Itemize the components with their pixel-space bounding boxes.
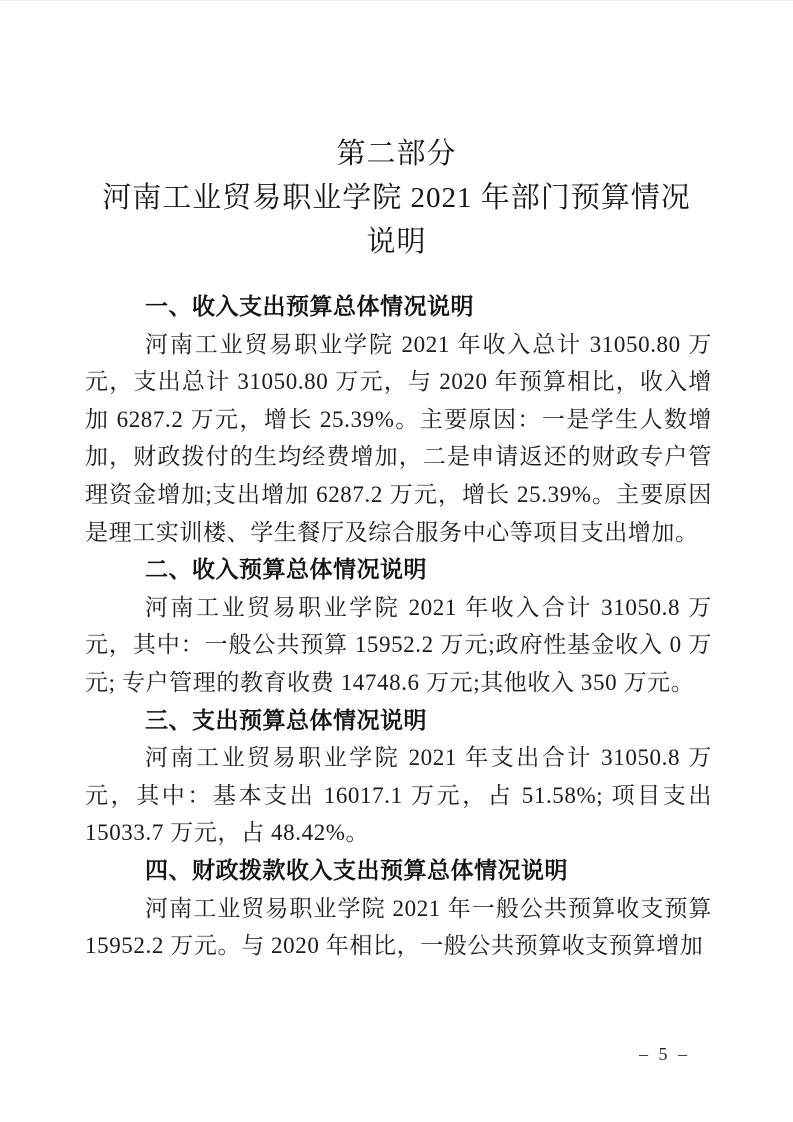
section-3-paragraph: 河南工业贸易职业学院 2021 年支出合计 31050.8 万元，其中：基本支出… — [85, 739, 712, 852]
section-2-paragraph: 河南工业贸易职业学院 2021 年收入合计 31050.8 万元，其中：一般公共… — [85, 589, 712, 702]
document-title: 第二部分 河南工业贸易职业学院 2021 年部门预算情况 说明 — [40, 132, 753, 264]
section-4-paragraph: 河南工业贸易职业学院 2021 年一般公共预算收支预算 15952.2 万元。与… — [85, 890, 712, 965]
section-1-heading: 一、收入支出预算总体情况说明 — [85, 288, 712, 326]
section-4-heading: 四、财政拨款收入支出预算总体情况说明 — [85, 852, 712, 890]
section-1-paragraph: 河南工业贸易职业学院 2021 年收入总计 31050.80 万元，支出总计 3… — [85, 326, 712, 552]
title-line-1: 第二部分 — [40, 132, 753, 176]
title-line-3: 说明 — [40, 220, 753, 264]
section-3-heading: 三、支出预算总体情况说明 — [85, 702, 712, 740]
section-2-heading: 二、收入预算总体情况说明 — [85, 551, 712, 589]
page-number: – 5 – — [639, 1044, 690, 1065]
title-line-2: 河南工业贸易职业学院 2021 年部门预算情况 — [40, 176, 753, 220]
document-page: 第二部分 河南工业贸易职业学院 2021 年部门预算情况 说明 一、收入支出预算… — [0, 0, 793, 1122]
document-body: 一、收入支出预算总体情况说明 河南工业贸易职业学院 2021 年收入总计 310… — [85, 288, 712, 965]
